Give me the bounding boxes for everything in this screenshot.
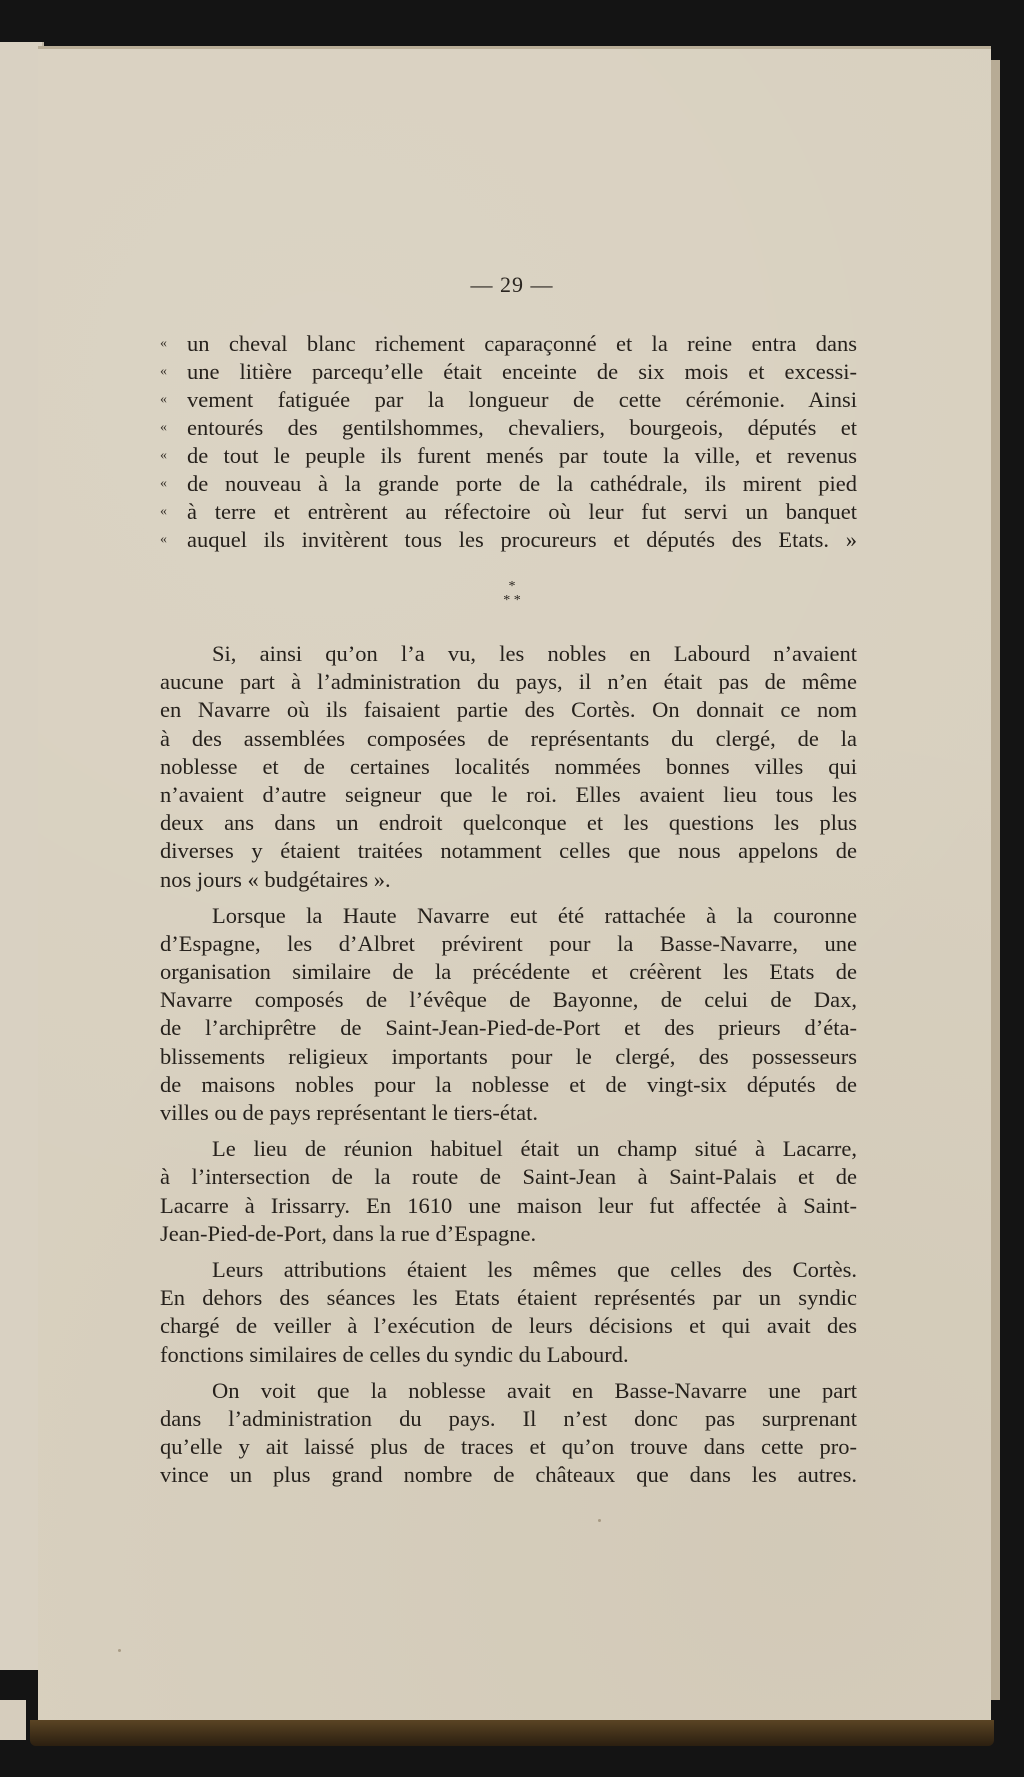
quote-line: «un cheval blanc richement caparaçonné e… xyxy=(160,330,857,358)
quote-line: «entourés des gentilshommes, chevaliers,… xyxy=(160,414,857,442)
quote-line: «de nouveau à la grande porte de la cath… xyxy=(160,470,857,498)
quote-line: «une litière parcequ’elle était enceinte… xyxy=(160,358,857,386)
quote-line: «vement fatiguée par la longueur de cett… xyxy=(160,386,857,414)
quote-mark: « xyxy=(160,498,167,526)
quote-mark: « xyxy=(160,470,167,498)
paper-speck xyxy=(118,1649,121,1652)
asterism-bottom-icon: * * xyxy=(0,594,1024,608)
quote-mark: « xyxy=(160,330,167,358)
quote-line: «auquel ils invitèrent tous les procureu… xyxy=(160,526,857,554)
quote-line: «à terre et entrèrent au réfectoire où l… xyxy=(160,498,857,526)
asterism-separator: * * * xyxy=(0,580,1024,608)
body-text: Si, ainsi qu’on l’a vu, les nobles en La… xyxy=(160,640,857,1497)
paper-speck xyxy=(598,1519,601,1522)
left-page-corner xyxy=(0,1700,26,1740)
paragraph-lieu-de-reunion: Le lieu de réunion habituel était un cha… xyxy=(160,1135,857,1248)
quote-mark: « xyxy=(160,414,167,442)
page-number: — 29 — xyxy=(0,272,1024,298)
paragraph-cortes: Si, ainsi qu’on l’a vu, les nobles en La… xyxy=(160,640,857,894)
paragraph-noblesse: On voit que la noblesse avait en Basse-N… xyxy=(160,1377,857,1490)
quote-mark: « xyxy=(160,358,167,386)
quotation-block: «un cheval blanc richement caparaçonné e… xyxy=(160,330,857,554)
quote-mark: « xyxy=(160,386,167,414)
paragraph-attributions: Leurs attributions étaient les mêmes que… xyxy=(160,1256,857,1369)
quote-mark: « xyxy=(160,442,167,470)
quote-mark: « xyxy=(160,526,167,554)
quote-line: «de tout le peuple ils furent menés par … xyxy=(160,442,857,470)
book-bottom-edge xyxy=(30,1720,994,1746)
paragraph-etats-de-navarre: Lorsque la Haute Navarre eut été rattach… xyxy=(160,902,857,1128)
asterism-top-icon: * xyxy=(0,580,1024,594)
